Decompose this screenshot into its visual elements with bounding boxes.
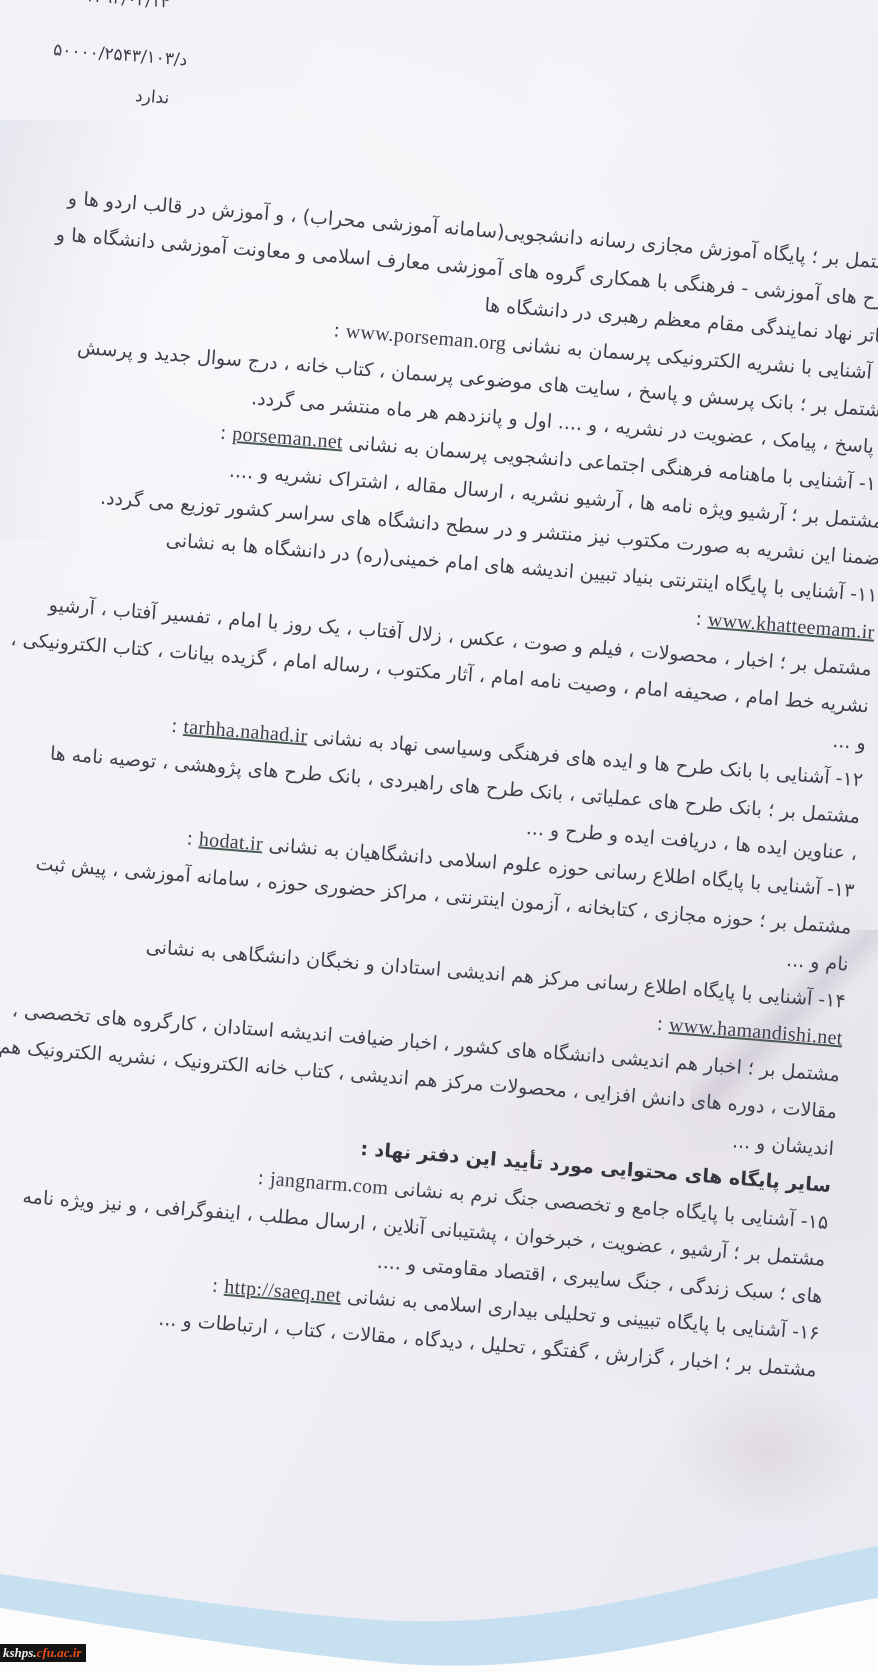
letterhead-attachment: ندارد — [134, 86, 170, 109]
url-text: jangnarm.com — [269, 1168, 389, 1199]
url-text: www.hamandishi.net — [668, 1014, 843, 1050]
document-body: مشتمل بر ؛ پایگاه آموزش مجازی رسانه دانش… — [0, 175, 878, 1389]
watermark-suffix: cfu.ac.ir — [37, 1645, 82, 1661]
watermark-prefix: kshps. — [3, 1645, 37, 1661]
line-text: و ... — [832, 730, 867, 755]
url-text: www.porseman.org — [345, 320, 507, 355]
url-text: porseman.net — [231, 423, 343, 454]
line-text: اندیشان و ... — [731, 1130, 834, 1160]
scanned-document-page: ۱۳۹۳/۰۴/۱۴ د/۵۰۰۰۰/۲۵۴۳/۱۰۳ ندارد مشتمل … — [0, 0, 878, 1673]
line-text: نام و ... — [786, 949, 850, 976]
watermark: kshps.cfu.ac.ir — [0, 1644, 86, 1662]
url-text: www.khatteemam.ir — [707, 609, 875, 644]
letterhead-number: د/۵۰۰۰۰/۲۵۴۳/۱۰۳ — [52, 40, 187, 70]
url-text: tarhha.nahad.ir — [183, 716, 309, 748]
url-text: hodat.ir — [198, 828, 264, 855]
url-text: http://saeq.net — [223, 1276, 342, 1307]
letterhead-date: ۱۳۹۳/۰۴/۱۴ — [84, 0, 170, 13]
